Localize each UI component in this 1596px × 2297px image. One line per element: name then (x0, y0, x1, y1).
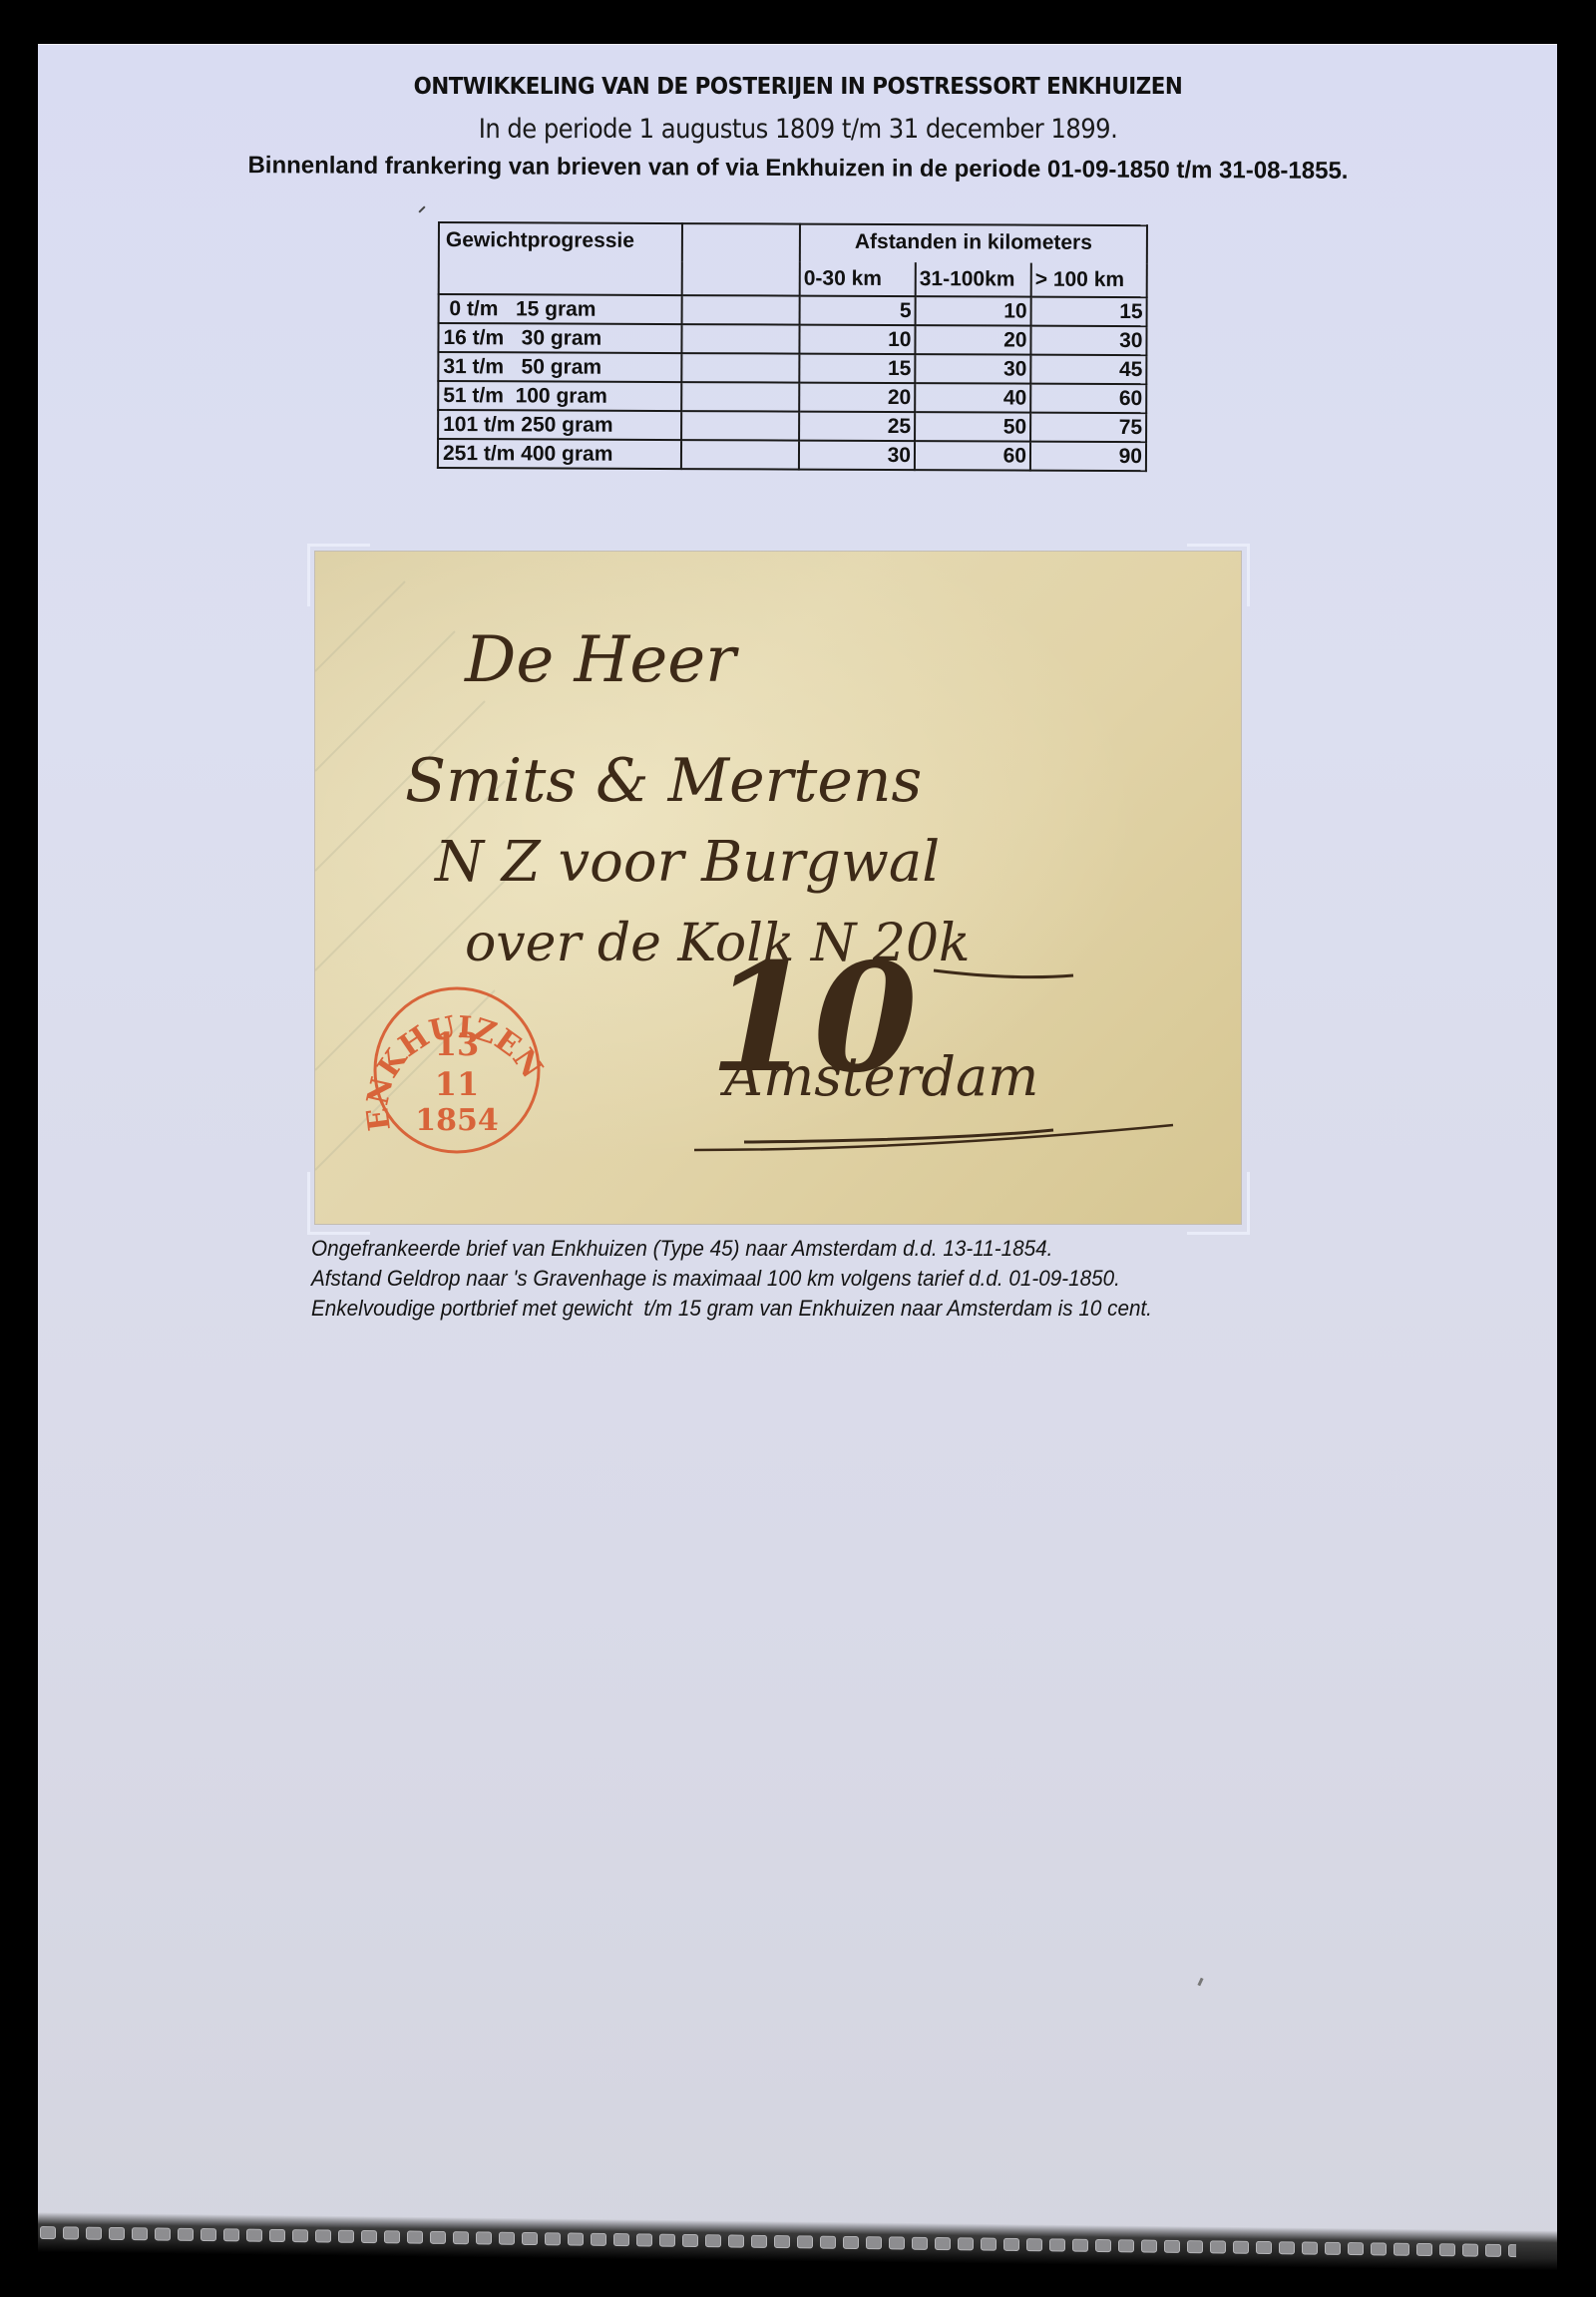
weight-cell: 16 t/m 30 gram (438, 323, 681, 353)
weight-cell: 51 t/m 100 gram (438, 381, 681, 411)
rate-cell: 10 (799, 325, 915, 355)
rate-cell: 25 (799, 412, 915, 442)
binder-hole (1164, 2240, 1180, 2253)
svg-text:13: 13 (435, 1025, 480, 1063)
binder-hole (407, 2230, 423, 2243)
postage-due-mark: 10 (709, 931, 918, 1106)
rate-cell: 30 (915, 354, 1030, 384)
binder-hole (797, 2235, 813, 2248)
binder-hole (453, 2231, 469, 2244)
binder-hole (132, 2227, 148, 2240)
binder-hole (843, 2236, 859, 2249)
binder-hole (1118, 2239, 1134, 2252)
binder-hole (981, 2238, 997, 2251)
blank-cell (681, 411, 799, 441)
weight-cell: 31 t/m 50 gram (438, 352, 681, 382)
binder-hole (1026, 2238, 1042, 2251)
header-distance-col: 0-30 km (800, 262, 916, 296)
binder-hole (200, 2228, 216, 2241)
binder-hole (499, 2232, 515, 2245)
binder-hole (728, 2234, 744, 2247)
binder-hole (1348, 2242, 1364, 2255)
binder-hole (109, 2227, 125, 2240)
binder-hole (866, 2236, 882, 2249)
binder-hole (1371, 2242, 1387, 2255)
page-title: ONTWIKKELING VAN DE POSTERIJEN IN POSTRE… (56, 74, 1540, 100)
blank-cell (681, 324, 799, 354)
weight-cell: 101 t/m 250 gram (438, 410, 681, 440)
rate-cell: 50 (915, 412, 1030, 442)
header-distance-col: > 100 km (1031, 263, 1147, 297)
binder-hole (246, 2229, 262, 2242)
rate-cell: 15 (799, 354, 915, 384)
table-row: 16 t/m 30 gram102030 (438, 323, 1146, 355)
binder-hole (545, 2232, 561, 2245)
rate-cell: 20 (915, 325, 1030, 355)
rate-cell: 20 (799, 383, 915, 413)
binder-hole (40, 2226, 56, 2239)
binder-hole (1325, 2242, 1341, 2255)
postal-cover: De Heer Smits & Mertens N Z voor Burgwal… (315, 552, 1241, 1224)
binder-hole (522, 2232, 538, 2245)
binder-hole (338, 2230, 354, 2243)
postmark-stamp: ENKHUIZEN 13 11 1854 (360, 988, 549, 1152)
binder-hole (1279, 2241, 1295, 2254)
binder-hole (820, 2236, 836, 2249)
binder-hole (682, 2234, 698, 2247)
binder-hole (63, 2226, 79, 2239)
binder-hole (269, 2229, 285, 2242)
binder-hole (1141, 2239, 1157, 2252)
binder-hole (1003, 2238, 1019, 2251)
header-distance: Afstanden in kilometers (800, 224, 1147, 264)
binder-hole (361, 2230, 377, 2243)
table-row: 101 t/m 250 gram255075 (438, 410, 1146, 442)
binder-hole (292, 2229, 308, 2242)
binder-hole (935, 2237, 951, 2250)
binder-hole (591, 2233, 606, 2246)
binder-hole (613, 2233, 629, 2246)
svg-text:1854: 1854 (415, 1103, 499, 1138)
binder-hole (430, 2231, 446, 2244)
rate-cell: 90 (1030, 442, 1146, 472)
binder-hole (1302, 2241, 1318, 2254)
caption-line: Enkelvoudige portbrief met gewicht t/m 1… (311, 1294, 1249, 1324)
rate-cell: 45 (1030, 355, 1146, 385)
binder-hole (1485, 2244, 1501, 2257)
page-subtitle: In de periode 1 augustus 1809 t/m 31 dec… (80, 114, 1516, 145)
binder-hole (1049, 2238, 1065, 2251)
address-line: De Heer (464, 623, 739, 697)
weight-cell: 251 t/m 400 gram (438, 439, 681, 469)
cover-artwork: De Heer Smits & Mertens N Z voor Burgwal… (315, 552, 1241, 1224)
binder-hole (178, 2228, 194, 2241)
rate-cell: 75 (1030, 413, 1146, 443)
binder-hole (155, 2227, 171, 2240)
rate-cell: 10 (916, 296, 1031, 326)
table-row: 251 t/m 400 gram306090 (438, 439, 1146, 471)
binder-hole (1462, 2243, 1478, 2256)
rate-cell: 60 (1030, 384, 1146, 414)
table-row: 0 t/m 15 gram51015 (439, 294, 1147, 326)
rate-cell: 15 (1031, 297, 1147, 327)
binder-hole (1508, 2244, 1516, 2257)
binder-hole (315, 2229, 331, 2242)
address-line: Smits & Mertens (405, 746, 922, 816)
binder-hole (1416, 2243, 1432, 2256)
binder-hole (476, 2231, 492, 2244)
rate-cell: 60 (915, 441, 1030, 471)
binder-hole (1394, 2243, 1409, 2256)
weight-cell: 0 t/m 15 gram (439, 294, 682, 324)
address-line: N Z voor Burgwal (433, 830, 940, 895)
rate-cell: 30 (799, 441, 915, 471)
binder-hole (1187, 2240, 1203, 2253)
binder-hole (1210, 2240, 1226, 2253)
cover-caption: Ongefrankeerde brief van Enkhuizen (Type… (311, 1234, 1249, 1324)
header-weight: Gewichtprogressie (439, 222, 682, 295)
binder-hole (1072, 2239, 1088, 2252)
header-distance-col: 31-100km (916, 262, 1031, 296)
binder-hole (705, 2234, 721, 2247)
binder-hole (86, 2227, 102, 2240)
table-row: 51 t/m 100 gram204060 (438, 381, 1146, 413)
binder-hole (958, 2237, 974, 2250)
blank-cell (681, 440, 799, 470)
rate-cell: 30 (1030, 326, 1146, 356)
caption-line: Afstand Geldrop naar 's Gravenhage is ma… (311, 1264, 1249, 1294)
binder-hole (912, 2237, 928, 2250)
rate-cell: 40 (915, 383, 1030, 413)
binder-hole (223, 2228, 239, 2241)
header-blank (682, 223, 800, 296)
binder-hole (774, 2235, 790, 2248)
tariff-table: Gewichtprogressie Afstanden in kilometer… (437, 221, 1148, 472)
binder-hole (1256, 2241, 1272, 2254)
caption-line: Ongefrankeerde brief van Enkhuizen (Type… (311, 1234, 1249, 1264)
binder-hole (751, 2235, 767, 2248)
table-row: 31 t/m 50 gram153045 (438, 352, 1146, 384)
blank-cell (681, 353, 799, 383)
binder-hole (889, 2236, 905, 2249)
binder-hole (568, 2232, 584, 2245)
svg-text:11: 11 (435, 1065, 480, 1103)
binder-hole (1095, 2239, 1111, 2252)
binder-hole (636, 2233, 652, 2246)
binder-hole (1233, 2241, 1249, 2254)
blank-cell (682, 295, 800, 325)
binder-hole (1439, 2243, 1455, 2256)
rate-cell: 5 (800, 296, 916, 326)
binder-hole (384, 2230, 400, 2243)
binder-hole (659, 2234, 675, 2247)
blank-cell (681, 382, 799, 412)
